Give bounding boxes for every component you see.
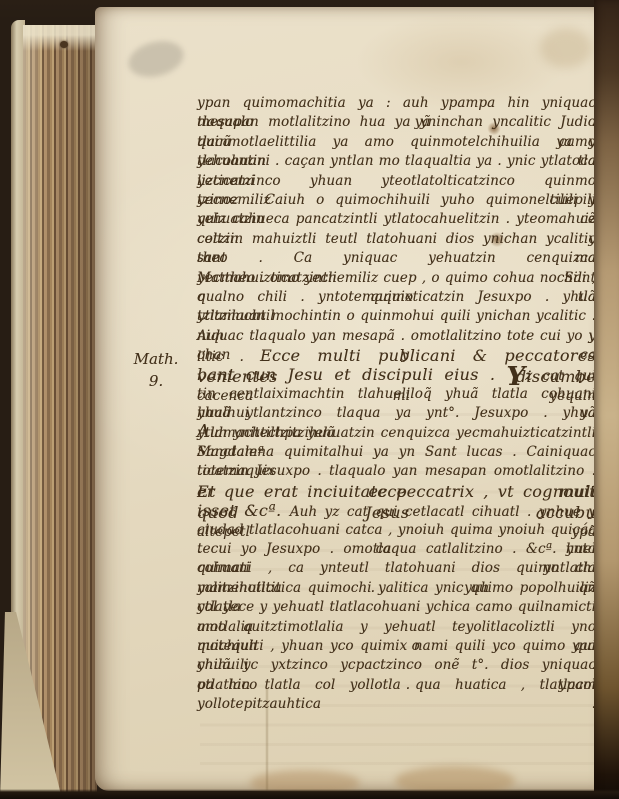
manuscript-line: tlacohuani . caçan yntlan mo tlaqualtia … <box>197 152 596 171</box>
book-gutter <box>594 0 619 799</box>
manuscript-photo: Math. 9. ypan quimomachitia ya : auh ypa… <box>0 0 619 799</box>
manuscript-line: isset &cª. Auh yz cat qui cetlacatl cihu… <box>197 501 596 520</box>
manuscript-line: tzitzihuan mochintin o quinmohui quili y… <box>197 307 596 326</box>
manuscript-line: cohuani , ca ynteutl tlatohuani dios qui… <box>197 559 596 578</box>
manuscript-line: pa hin tlatla col yollotla qua huatica ,… <box>197 676 596 695</box>
manuscript-line: ciudad tlatlacohuani catca , ynoiuh quim… <box>197 521 596 540</box>
margin-note-book: Math. <box>128 348 184 370</box>
manuscript-line: niquac tlaqualo yan mesapã . omotlalitzi… <box>197 327 596 346</box>
manuscript-line: mesapan motlalitzino hua ya yninchan ync… <box>197 113 596 132</box>
manuscript-line: litic . Ecce multi publicani & peccatore… <box>197 346 596 365</box>
manuscript-line: qualno chili . yntotemaquixticatzin Jesu… <box>197 288 596 307</box>
manuscript-line: tin centlaiximachtin tlahueliloq̃ yhuã t… <box>197 385 596 404</box>
manuscript-line: celtzin mahuiztli teutl tlatohuani dios … <box>197 230 596 249</box>
manuscript-line: theo . Ca yniquac yehuatzin cenquizca ye… <box>197 249 596 268</box>
manuscript-line: Mattheo . omo yecnemiliz cuep , o quimo … <box>197 269 596 288</box>
page-edge-stack <box>23 25 97 793</box>
margin-note-chapter: 9. <box>128 370 184 392</box>
manuscript-line: Magdalena quimitalhui ya yn Sant lucas .… <box>197 443 596 462</box>
manuscript-line: er que erat inciuitate peccatrix , vt co… <box>197 482 596 501</box>
text-block: ypan quimomachitia ya : auh ypampa hin y… <box>197 94 596 695</box>
manuscript-line: quiz cahueca pancatzintli ytlatocahuelit… <box>197 210 596 229</box>
manuscript-line: tzinoz . Caiuh o quimochihuili yuho quim… <box>197 191 596 210</box>
manuscript-line: tecui yo Jesuxpo . omotlaqua catlalitzin… <box>197 540 596 559</box>
manuscript-line: amo quitztimotlalia y yehuatl teyolitlac… <box>197 618 596 637</box>
manuscript-line: motequiti , yhuan yco quimix nami quili … <box>197 637 596 656</box>
binding-dot <box>60 41 68 48</box>
manuscript-line: lizticatzinco yhuan yteotlatolticatzinco… <box>197 172 596 191</box>
manuscript-line: quinmotlaelittilia ya amo quinmotelchihu… <box>197 133 596 152</box>
manuscript-line: bant cun Jesu et discipuli eius . Yz cat… <box>197 365 596 384</box>
manuscript-line: yhuã yc yxtzinco ycpactzinco onẽ t°. dio… <box>197 656 596 675</box>
shadow-band <box>0 789 619 799</box>
manuscript-line: col yece y yehuatl tlatlacohuani ychica … <box>197 598 596 617</box>
manuscript-line: mamehuiltitica quimochi yalitica ynic qu… <box>197 579 596 598</box>
manuscript-line: Auh ynitechpa yehuatzin cenquizca yecmah… <box>197 424 596 443</box>
manuscript-line: yhuã ytlantzinco tlaqua ya ynt°. Jesuxpo… <box>197 404 596 423</box>
manuscript-line: ticatzin Jesuxpo . tlaqualo yan mesapan … <box>197 462 596 481</box>
manuscript-line: ypan quimomachitia ya : auh ypampa hin y… <box>197 94 596 113</box>
margin-note: Math. 9. <box>128 348 184 392</box>
